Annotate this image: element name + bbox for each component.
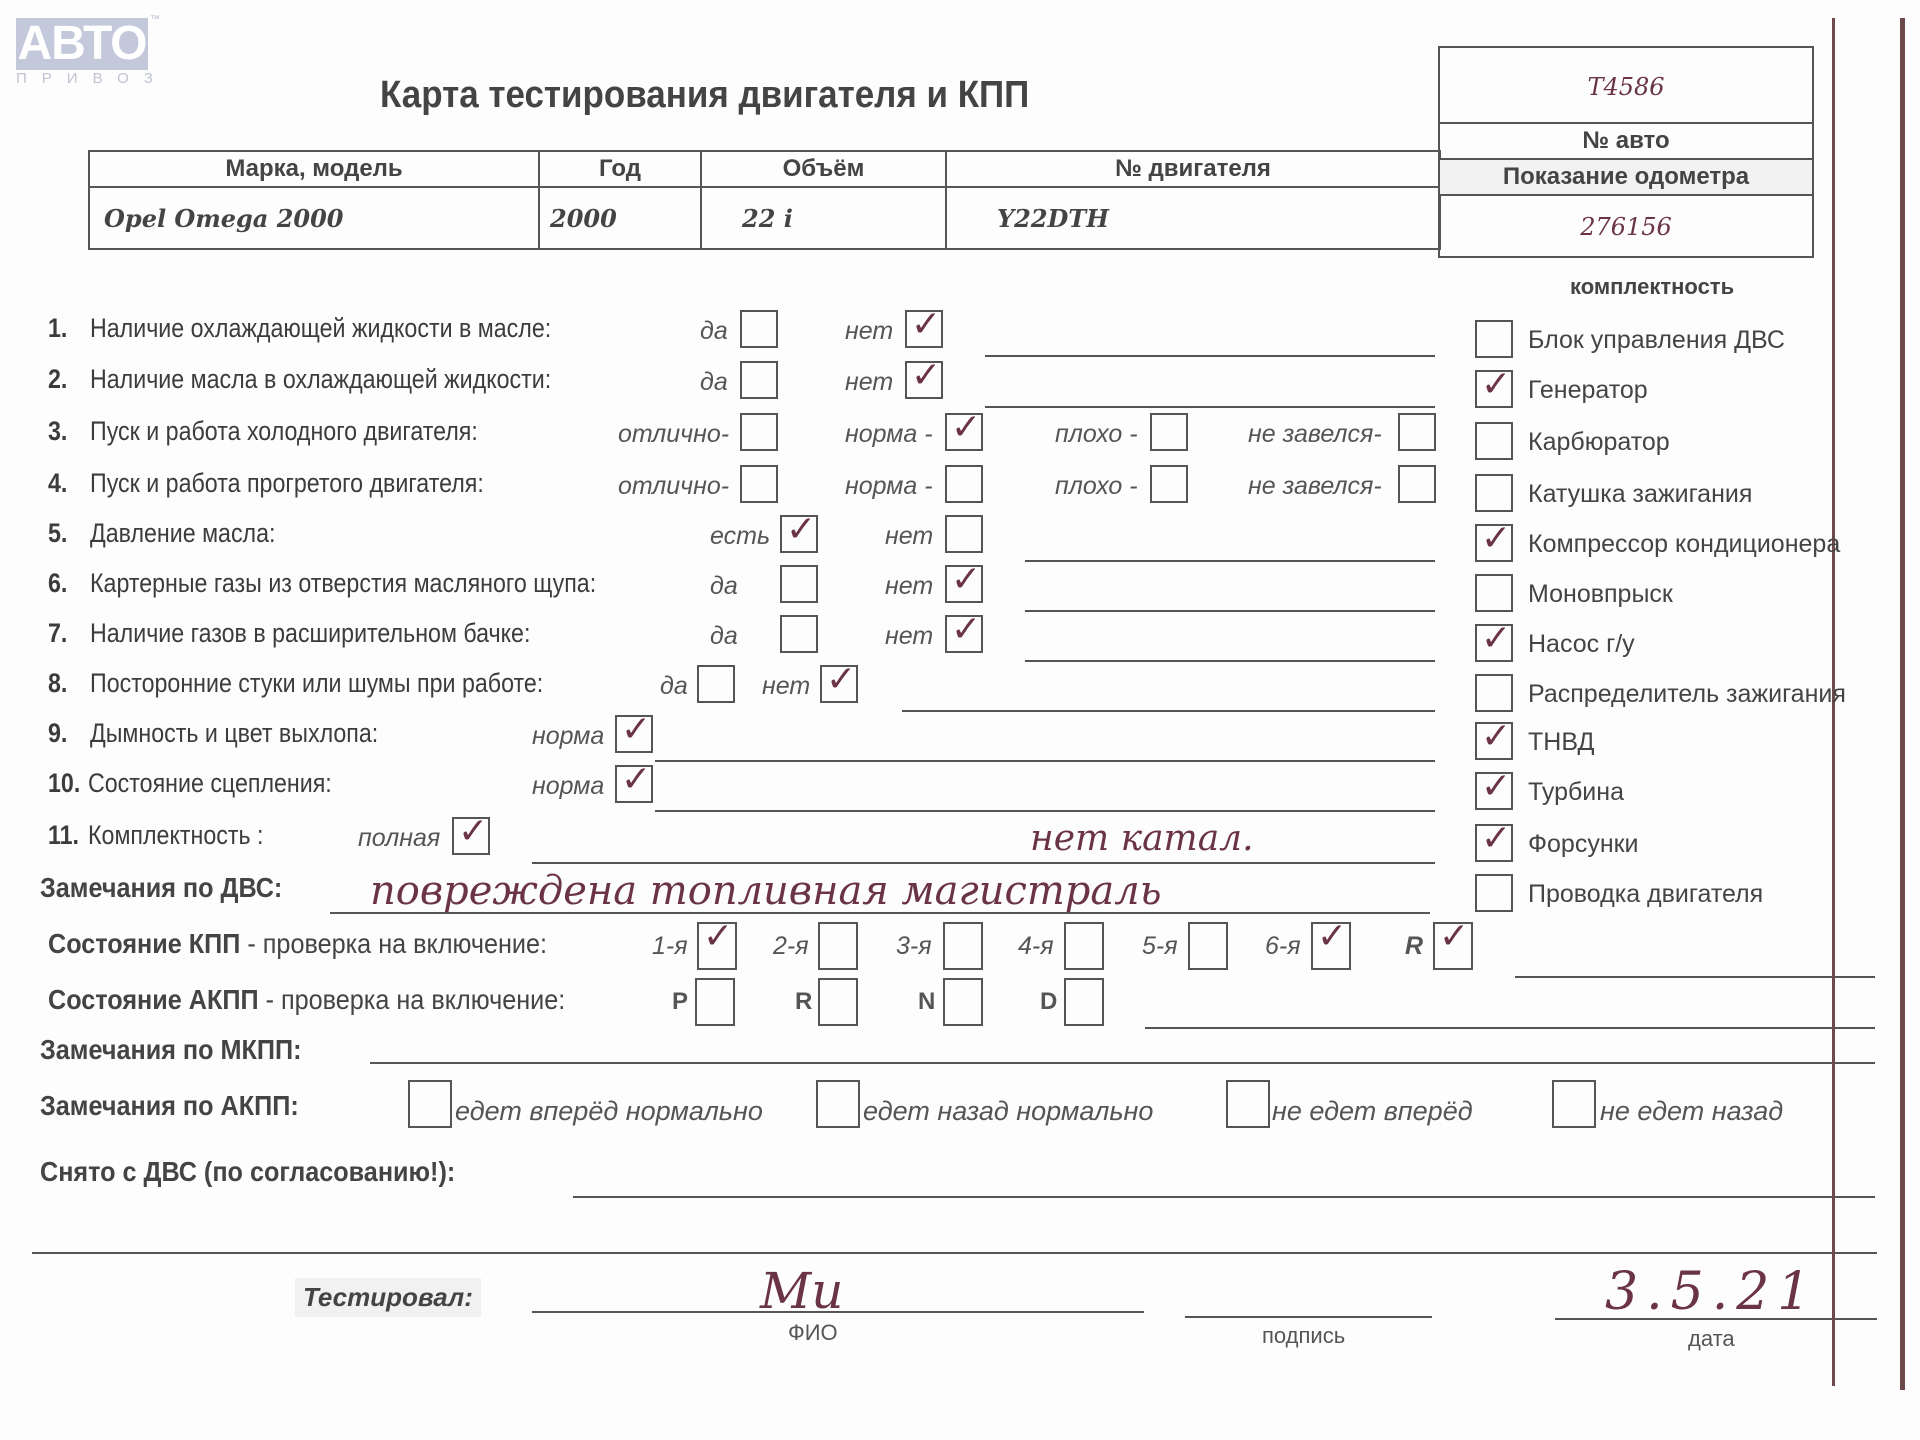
akpp-remark-label: не едет назад <box>1600 1096 1783 1127</box>
option-label: да <box>700 317 728 346</box>
checkbox-1-1[interactable] <box>740 310 778 348</box>
gear-checkbox-1[interactable] <box>697 922 737 970</box>
checkbox-3-3[interactable] <box>1150 413 1188 451</box>
comment-line[interactable] <box>902 710 1435 712</box>
gear-label: 2-я <box>773 932 809 961</box>
checkbox-1-2[interactable] <box>905 310 943 348</box>
akpp-position-checkbox[interactable] <box>1064 978 1104 1026</box>
akpp-remark-checkbox[interactable] <box>1226 1080 1270 1128</box>
option-label: норма - <box>845 420 933 449</box>
completeness-checkbox[interactable] <box>1475 874 1513 912</box>
checkbox-8-1[interactable] <box>697 665 735 703</box>
option-label: полная <box>358 824 440 853</box>
gear-checkbox-6[interactable] <box>1311 922 1351 970</box>
completeness-checkbox[interactable] <box>1475 370 1513 408</box>
checkbox-7-2[interactable] <box>945 615 983 653</box>
question-number: 9. <box>48 718 67 749</box>
akpp-position-checkbox[interactable] <box>818 978 858 1026</box>
option-label: нет <box>845 368 893 397</box>
checkbox-3-4[interactable] <box>1398 413 1436 451</box>
question-text: Давление масла: <box>90 518 275 549</box>
option-label: отлично- <box>618 420 729 449</box>
completeness-title: комплектность <box>1570 274 1734 300</box>
engine-remarks-field[interactable]: повреждена топливная магистраль <box>370 868 1162 914</box>
question-text: Пуск и работа холодного двигателя: <box>90 416 478 447</box>
completeness-item-label: Компрессор кондиционера <box>1528 530 1840 559</box>
checkbox-4-2[interactable] <box>945 465 983 503</box>
gear-label: 1-я <box>652 932 688 961</box>
akpp-position-checkbox[interactable] <box>943 978 983 1026</box>
completeness-item-label: Форсунки <box>1528 830 1639 859</box>
checkbox-3-2[interactable] <box>945 413 983 451</box>
completeness-checkbox[interactable] <box>1475 474 1513 512</box>
completeness-checkbox[interactable] <box>1475 824 1513 862</box>
akpp-remark-label: едет вперёд нормально <box>455 1096 763 1127</box>
akpp-remark-checkbox[interactable] <box>816 1080 860 1128</box>
completeness-item-label: Блок управления ДВС <box>1528 326 1785 355</box>
question-number: 6. <box>48 568 67 599</box>
option-label: отлично- <box>618 472 729 501</box>
akpp-position-label: P <box>672 988 688 1016</box>
akpp-position-label: D <box>1040 988 1057 1016</box>
completeness-note[interactable]: нет катал. <box>1030 818 1254 859</box>
checkbox-5-2[interactable] <box>945 515 983 553</box>
divider-line <box>32 1252 1877 1254</box>
comment-line[interactable] <box>1025 660 1435 662</box>
page-title: Карта тестирования двигателя и КПП <box>380 74 1029 117</box>
question-number: 1. <box>48 313 67 344</box>
option-label: нет <box>762 672 810 701</box>
question-number: 11. <box>48 820 79 851</box>
completeness-checkbox[interactable] <box>1475 524 1513 562</box>
mkpp-remarks-field[interactable] <box>370 1062 1875 1064</box>
signature-caption: подпись <box>1262 1323 1345 1349</box>
completeness-checkbox[interactable] <box>1475 422 1513 460</box>
gear-label: 5-я <box>1142 932 1178 961</box>
akpp-remark-label: едет назад нормально <box>863 1096 1153 1127</box>
mkpp-remarks-label: Замечания по МКПП: <box>40 1034 302 1066</box>
option-label: не завелся- <box>1248 420 1382 449</box>
comment-line[interactable] <box>1025 560 1435 562</box>
option-label: есть <box>710 522 770 551</box>
option-label: да <box>700 368 728 397</box>
question-text: Картерные газы из отверстия масляного щу… <box>90 568 596 599</box>
completeness-checkbox[interactable] <box>1475 674 1513 712</box>
checkbox-11-1[interactable] <box>452 817 490 855</box>
akpp-remark-label: не едет вперёд <box>1272 1096 1473 1127</box>
checkbox-8-2[interactable] <box>820 665 858 703</box>
header-make-model: Марка, модель <box>89 151 539 187</box>
comment-line[interactable] <box>655 810 1435 812</box>
signature-field[interactable] <box>1185 1316 1432 1318</box>
checkbox-6-2[interactable] <box>945 565 983 603</box>
volume-field[interactable]: 22 i <box>701 187 946 249</box>
option-label: плохо - <box>1055 420 1138 449</box>
question-text: Пуск и работа прогретого двигателя: <box>90 468 484 499</box>
option-label: норма <box>532 722 604 751</box>
comment-line[interactable] <box>985 355 1435 357</box>
date-caption: дата <box>1688 1326 1735 1352</box>
option-label: нет <box>885 622 933 651</box>
odometer-field[interactable]: 276156 <box>1440 196 1812 256</box>
option-label: нет <box>845 317 893 346</box>
option-label: не завелся- <box>1248 472 1382 501</box>
year-field[interactable]: 2000 <box>539 187 701 249</box>
odometer-label: Показание одометра <box>1440 160 1812 196</box>
engine-remarks-label: Замечания по ДВС: <box>40 872 282 904</box>
checkbox-7-1[interactable] <box>780 615 818 653</box>
question-text: Наличие газов в расширительном бачке: <box>90 618 530 649</box>
question-text: Посторонние стуки или шумы при работе: <box>90 668 543 699</box>
checkbox-2-1[interactable] <box>740 361 778 399</box>
completeness-item-label: Распределитель зажигания <box>1528 680 1846 709</box>
comment-line[interactable] <box>1025 610 1435 612</box>
gear-label: 4-я <box>1018 932 1054 961</box>
completeness-item-label: Катушка зажигания <box>1528 480 1752 509</box>
completeness-item-label: Насос г/у <box>1528 630 1635 659</box>
akpp-remark-checkbox[interactable] <box>1552 1080 1596 1128</box>
option-label: норма - <box>845 472 933 501</box>
header-engine-number: № двигателя <box>946 151 1440 187</box>
akpp-position-label: R <box>795 988 812 1016</box>
date-line <box>1555 1318 1877 1320</box>
header-year: Год <box>539 151 701 187</box>
question-number: 8. <box>48 668 67 699</box>
akpp-label: Состояние АКПП - проверка на включение: <box>48 984 565 1016</box>
akpp-remarks-label: Замечания по АКПП: <box>40 1090 299 1122</box>
completeness-item-label: Моновпрыск <box>1528 580 1673 609</box>
option-label: плохо - <box>1055 472 1138 501</box>
question-number: 3. <box>48 416 67 447</box>
car-info-box: T4586 № авто Показание одометра 276156 <box>1438 46 1814 258</box>
comment-line[interactable] <box>985 406 1435 408</box>
car-number-label: № авто <box>1440 124 1812 160</box>
kpp-line <box>1515 976 1875 978</box>
gear-checkbox-3[interactable] <box>943 922 983 970</box>
option-label: норма <box>532 772 604 801</box>
question-text: Комплектность : <box>88 820 263 851</box>
option-label: нет <box>885 522 933 551</box>
akpp-position-label: N <box>918 988 935 1016</box>
akpp-remark-checkbox[interactable] <box>408 1080 452 1128</box>
header-volume: Объём <box>701 151 946 187</box>
completeness-checkbox[interactable] <box>1475 624 1513 662</box>
completeness-checkbox[interactable] <box>1475 320 1513 358</box>
make-model-field[interactable]: Opel Omega 2000 <box>89 187 539 249</box>
checkbox-4-4[interactable] <box>1398 465 1436 503</box>
logo-subtitle: ПРИВОЗ <box>16 70 168 87</box>
completeness-item-label: Карбюратор <box>1528 428 1670 457</box>
akpp-line <box>1145 1027 1875 1029</box>
gear-label: 3-я <box>896 932 932 961</box>
question-text: Наличие масла в охлаждающей жидкости: <box>90 364 551 395</box>
question-number: 5. <box>48 518 67 549</box>
question-text: Наличие охлаждающей жидкости в масле: <box>90 313 551 344</box>
checkbox-10-1[interactable] <box>615 765 653 803</box>
checkbox-4-1[interactable] <box>740 465 778 503</box>
logo-tm: ™ <box>150 14 160 25</box>
engine-remarks-line <box>330 912 1430 914</box>
akpp-position-checkbox[interactable] <box>695 978 735 1026</box>
name-caption: ФИО <box>788 1320 838 1346</box>
logo: АВТО <box>16 18 148 70</box>
engine-number-field[interactable]: Y22DTH <box>946 187 1440 249</box>
completeness-checkbox[interactable] <box>1475 574 1513 612</box>
removed-field[interactable] <box>573 1196 1875 1198</box>
checkbox-5-1[interactable] <box>780 515 818 553</box>
option-label: нет <box>885 572 933 601</box>
car-number-field[interactable]: T4586 <box>1440 48 1812 124</box>
question-text: Состояние сцепления: <box>88 768 332 799</box>
gear-checkbox-5[interactable] <box>1188 922 1228 970</box>
gear-checkbox-2[interactable] <box>818 922 858 970</box>
comment-line[interactable] <box>532 862 1435 864</box>
gear-checkbox-4[interactable] <box>1064 922 1104 970</box>
removed-label: Снято с ДВС (по согласованию!): <box>40 1156 455 1188</box>
date-field[interactable]: 3.5.21 <box>1605 1262 1818 1322</box>
gear-label: R <box>1405 932 1423 961</box>
gear-checkbox-7[interactable] <box>1433 922 1473 970</box>
kpp-label: Состояние КПП - проверка на включение: <box>48 928 547 960</box>
name-line <box>532 1311 1144 1313</box>
option-label: да <box>710 622 738 651</box>
completeness-item-label: Турбина <box>1528 778 1624 807</box>
question-number: 4. <box>48 468 67 499</box>
tested-by-label: Тестировал: <box>295 1278 481 1317</box>
completeness-item-label: ТНВД <box>1528 728 1594 757</box>
checkbox-6-1[interactable] <box>780 565 818 603</box>
question-number: 10. <box>48 768 80 799</box>
completeness-checkbox[interactable] <box>1475 722 1513 760</box>
vehicle-table: Марка, модель Год Объём № двигателя Opel… <box>88 150 1441 250</box>
completeness-item-label: Проводка двигателя <box>1528 880 1763 909</box>
checkbox-9-1[interactable] <box>615 715 653 753</box>
question-text: Дымность и цвет выхлопа: <box>90 718 378 749</box>
checkbox-2-2[interactable] <box>905 361 943 399</box>
completeness-checkbox[interactable] <box>1475 772 1513 810</box>
option-label: да <box>710 572 738 601</box>
completeness-item-label: Генератор <box>1528 376 1648 405</box>
question-number: 2. <box>48 364 67 395</box>
checkbox-4-3[interactable] <box>1150 465 1188 503</box>
margin-rule-outer <box>1900 18 1905 1390</box>
question-number: 7. <box>48 618 67 649</box>
gear-label: 6-я <box>1265 932 1301 961</box>
comment-line[interactable] <box>655 760 1435 762</box>
checkbox-3-1[interactable] <box>740 413 778 451</box>
option-label: да <box>660 672 688 701</box>
